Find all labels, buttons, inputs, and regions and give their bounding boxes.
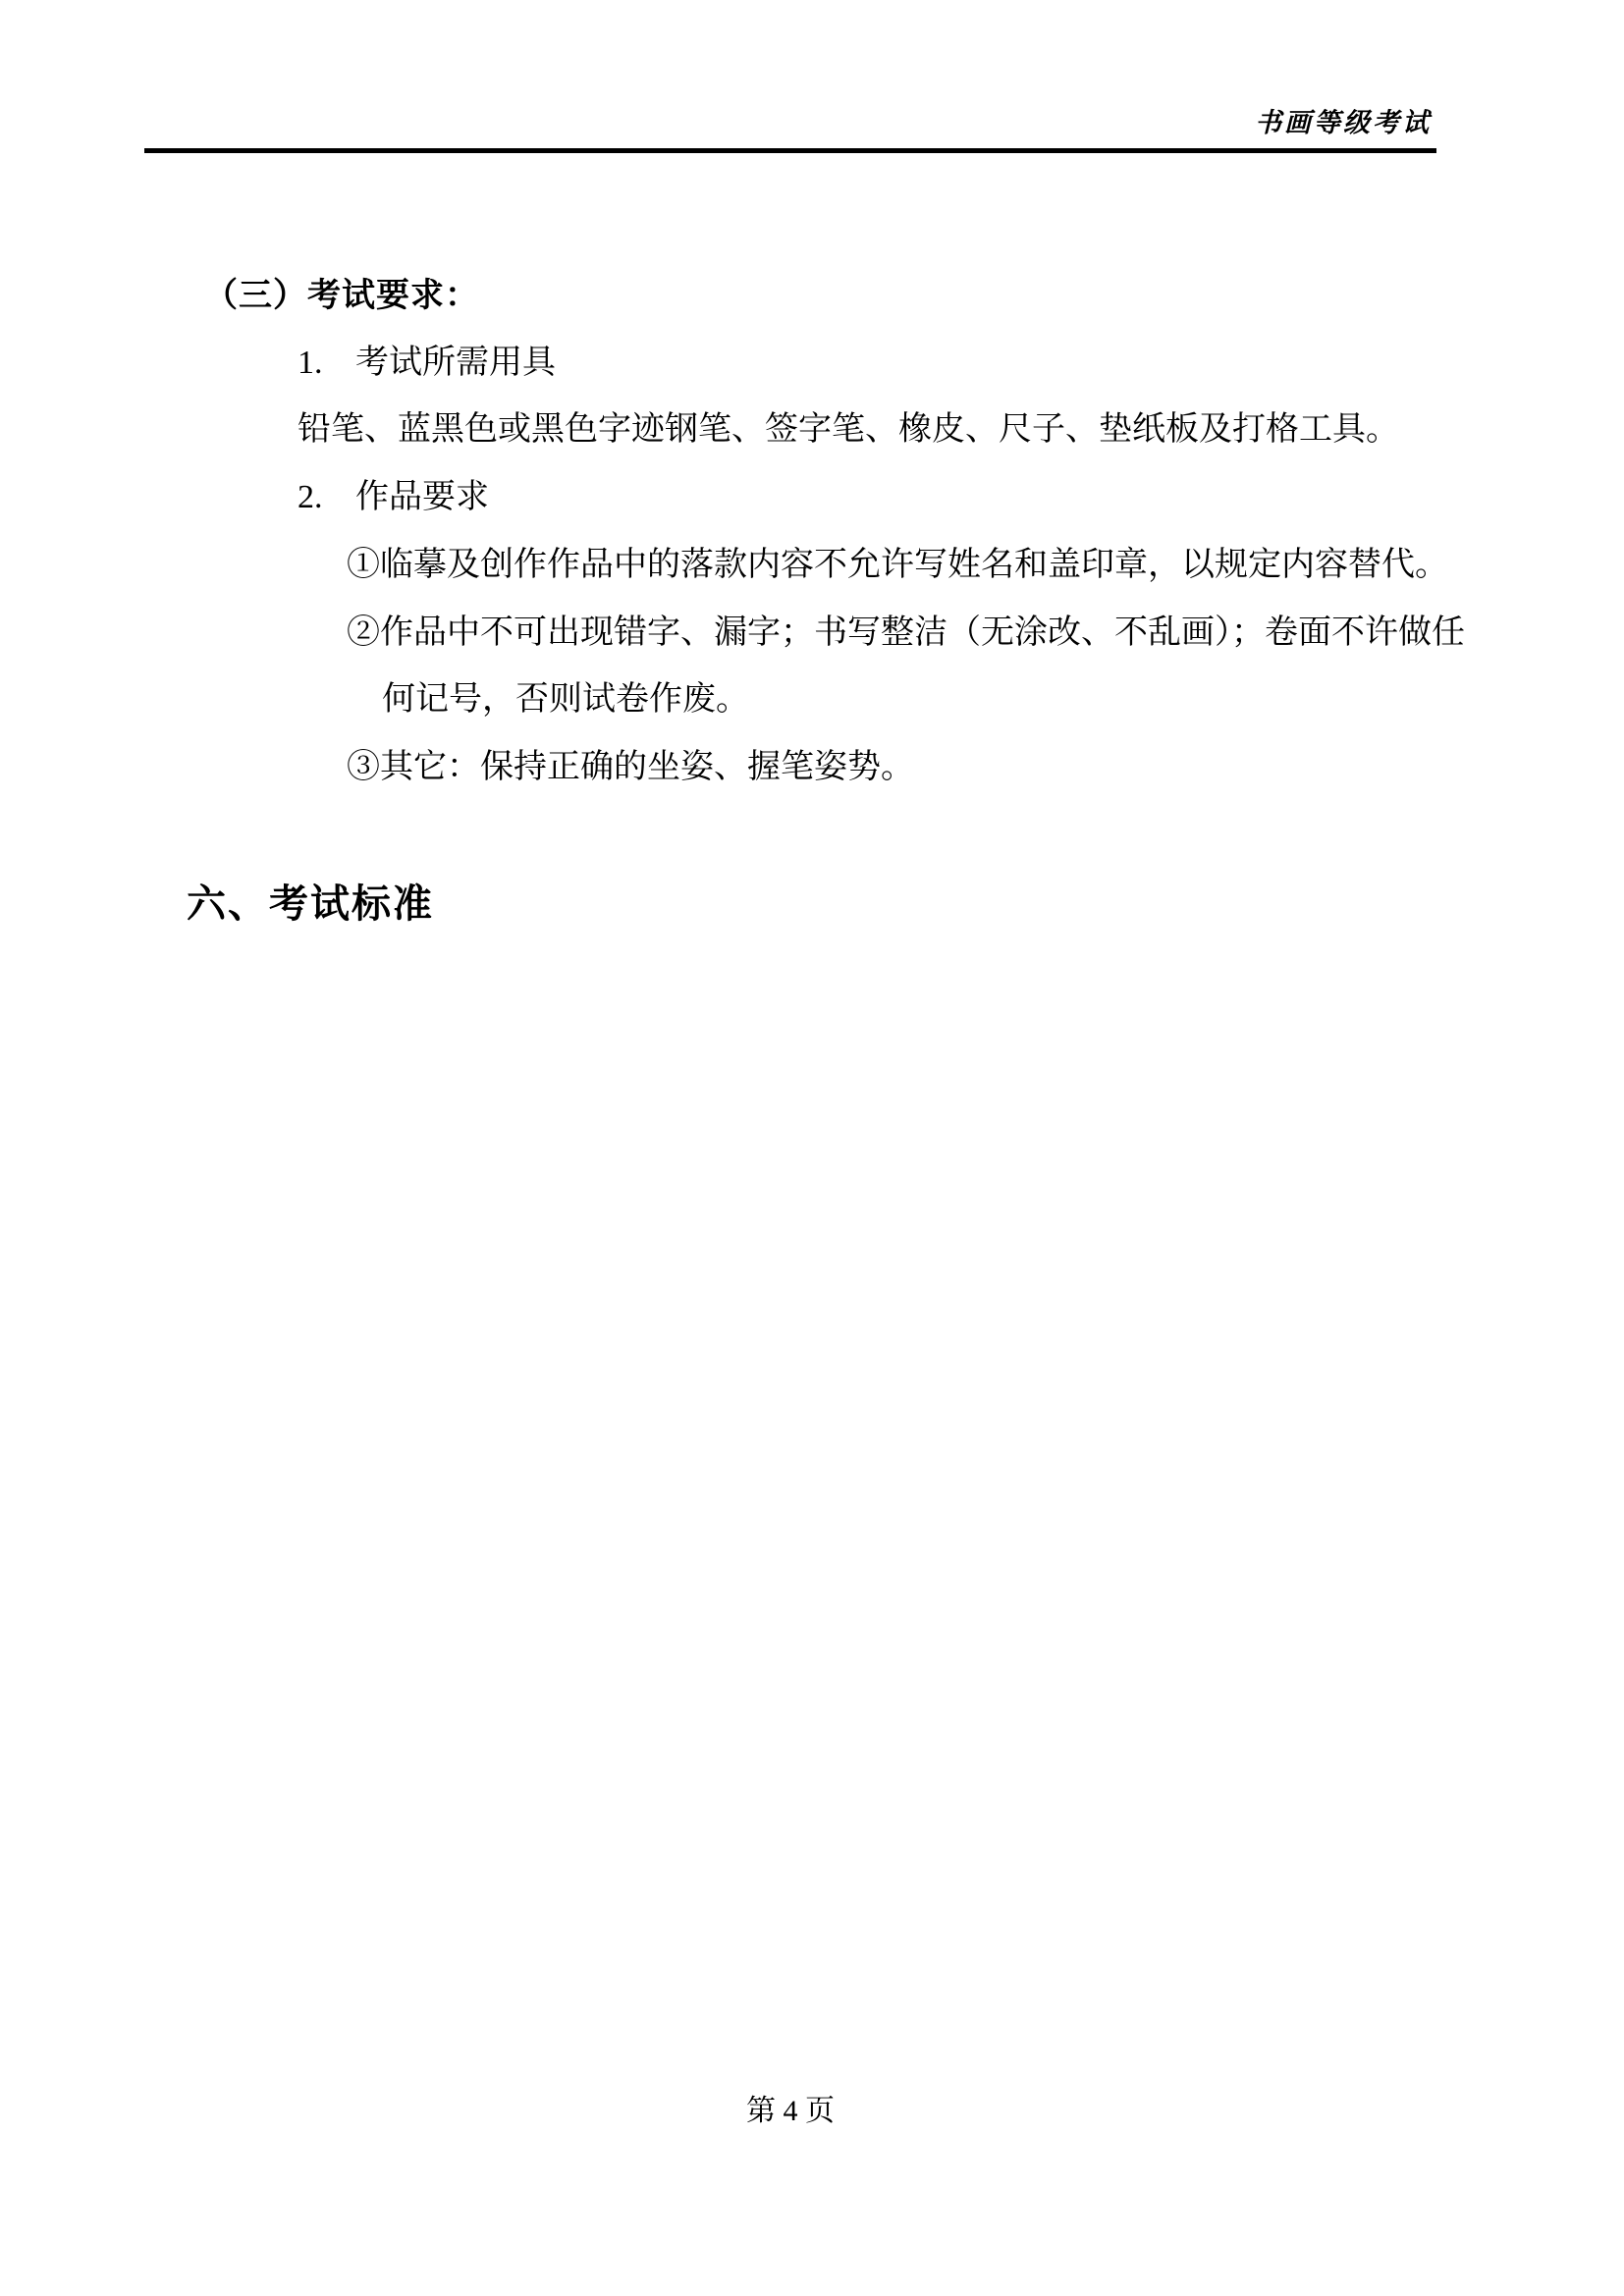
list-item-2: 2.作品要求	[298, 478, 489, 517]
tools-paragraph: 铅笔、蓝黑色或黑色字迹钢笔、签字笔、橡皮、尺子、垫纸板及打格工具。	[298, 410, 1399, 450]
list-item-1-title: 考试所需用具	[355, 345, 556, 381]
document-page: 书画等级考试 （三）考试要求： 1.考试所需用具 铅笔、蓝黑色或黑色字迹钢笔、签…	[0, 0, 1624, 2296]
list-item-1-number: 1.	[298, 344, 355, 383]
page-footer: 第 4 页	[144, 2094, 1436, 2129]
section-heading-exam-standards: 六、考试标准	[187, 881, 434, 927]
page-number: 第 4 页	[746, 2095, 835, 2127]
list-item-1: 1.考试所需用具	[298, 344, 556, 383]
list-item-2-number: 2.	[298, 478, 355, 517]
list-item-2-title: 作品要求	[355, 479, 489, 515]
note-line-1: ①临摹及创作作品中的落款内容不允许写姓名和盖印章，以规定内容替代。	[347, 546, 1448, 585]
note-line-2: ②作品中不可出现错字、漏字；书写整洁（无涂改、不乱画）；卷面不许做任	[347, 614, 1465, 653]
running-header-title: 书画等级考试	[1255, 107, 1432, 138]
section-heading-exam-requirements: （三）考试要求：	[204, 277, 479, 314]
header-rule	[144, 148, 1436, 153]
note-line-3: ③其它：保持正确的坐姿、握笔姿势。	[347, 748, 914, 787]
note-line-2-continuation: 何记号，否则试卷作废。	[382, 680, 749, 720]
